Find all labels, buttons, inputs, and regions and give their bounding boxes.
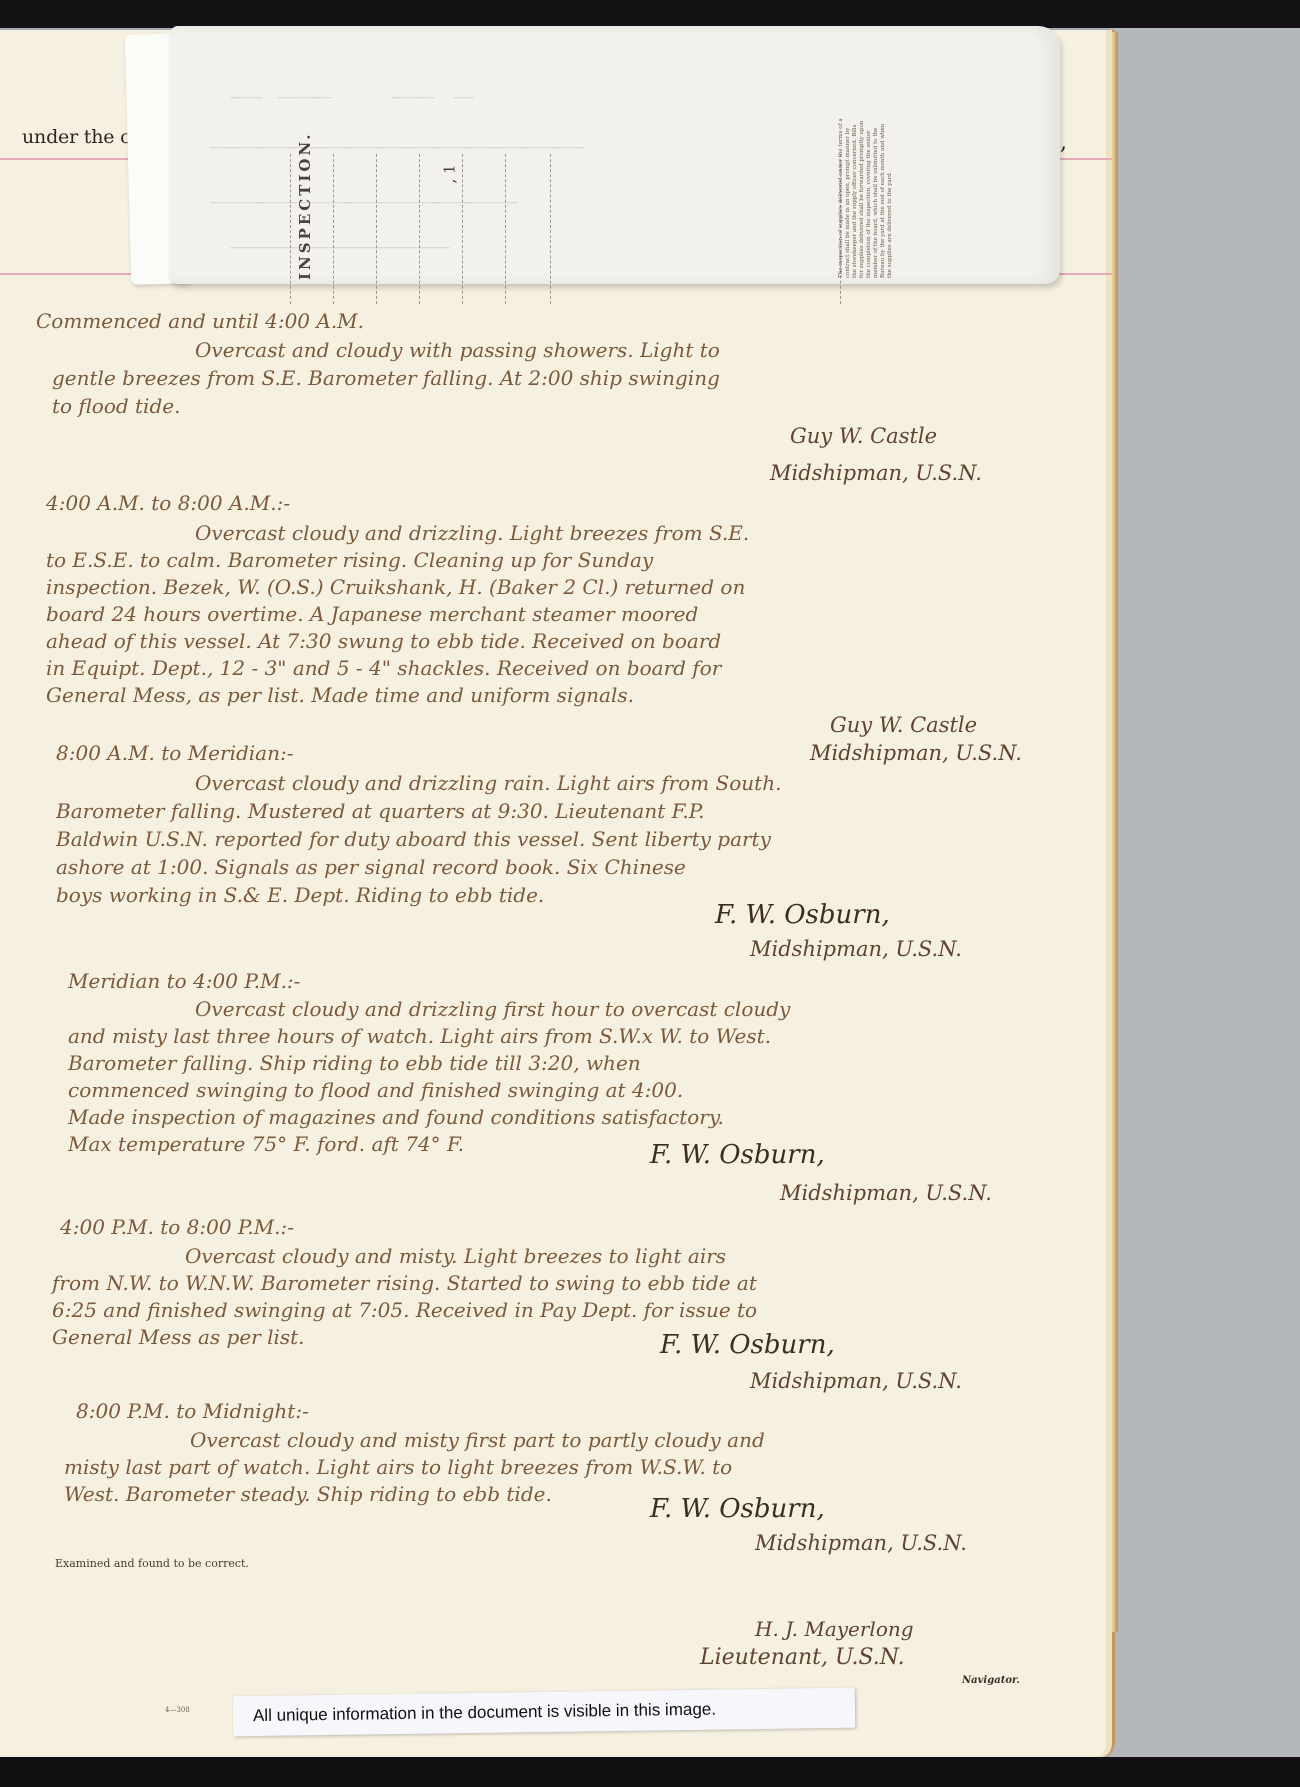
printed-header: under the co xyxy=(22,126,142,148)
entry-line: Overcast and cloudy with passing showers… xyxy=(195,337,720,364)
entry-line: Barometer falling. Mustered at quarters … xyxy=(56,798,705,825)
entry-rank: Midshipman, U.S.N. xyxy=(750,1368,962,1395)
slip-column-line xyxy=(505,154,507,304)
slip-column-line xyxy=(290,154,292,304)
navigator-rank: Lieutenant, U.S.N. xyxy=(700,1644,905,1671)
entry-heading: Meridian to 4:00 P.M.:- xyxy=(68,968,300,995)
entry-line: board 24 hours overtime. A Japanese merc… xyxy=(46,601,698,628)
entry-rank: Midshipman, U.S.N. xyxy=(810,740,1022,767)
entry-line: commenced swinging to flood and finished… xyxy=(68,1077,683,1104)
entry-heading: Commenced and until 4:00 A.M. xyxy=(36,308,364,335)
entry-signature: F. W. Osburn, xyxy=(650,1496,825,1523)
slip-number-mark: , 1 xyxy=(441,164,459,183)
examined-statement: Examined and found to be correct. xyxy=(55,1557,249,1570)
entry-line: General Mess as per list. xyxy=(52,1324,305,1351)
entry-line: to flood tide. xyxy=(52,393,180,420)
entry-line: Overcast cloudy and misty first part to … xyxy=(190,1427,765,1454)
entry-line: General Mess, as per list. Made time and… xyxy=(46,682,634,709)
scan-bottom-border xyxy=(0,1757,1300,1787)
navigator-label: Navigator. xyxy=(962,1675,1020,1686)
entry-rank: Midshipman, U.S.N. xyxy=(780,1180,992,1207)
entry-line: Made inspection of magazines and found c… xyxy=(68,1104,724,1131)
entry-line: from N.W. to W.N.W. Barometer rising. St… xyxy=(52,1270,757,1297)
entry-heading: 4:00 P.M. to 8:00 P.M.:- xyxy=(60,1214,294,1241)
visibility-notice-sticker: All unique information in the document i… xyxy=(233,1688,855,1737)
entry-line: Overcast cloudy and drizzling first hour… xyxy=(195,996,790,1023)
printed-header-comma: , xyxy=(1060,130,1067,155)
entry-line: Overcast cloudy and misty. Light breezes… xyxy=(185,1243,726,1270)
entry-rank: Midshipman, U.S.N. xyxy=(750,936,962,963)
entry-rank: Midshipman, U.S.N. xyxy=(755,1530,967,1557)
entry-line: in Equipt. Dept., 12 - 3" and 5 - 4" sha… xyxy=(46,655,721,682)
entry-signature: F. W. Osburn, xyxy=(660,1332,835,1359)
scan-backdrop xyxy=(1110,28,1300,1757)
page-stack-edge xyxy=(1112,32,1118,1632)
entry-line: Overcast cloudy and drizzling rain. Ligh… xyxy=(195,770,781,797)
slip-title: INSPECTION. xyxy=(296,70,336,280)
entry-line: ashore at 1:00. Signals as per signal re… xyxy=(56,854,686,881)
entry-line: gentle breezes from S.E. Barometer falli… xyxy=(52,365,720,392)
entry-line: to E.S.E. to calm. Barometer rising. Cle… xyxy=(46,547,653,574)
entry-signature: Guy W. Castle xyxy=(830,712,977,739)
entry-signature: F. W. Osburn, xyxy=(715,902,890,929)
entry-line: Overcast cloudy and drizzling. Light bre… xyxy=(195,520,749,547)
entry-line: Barometer falling. Ship riding to ebb ti… xyxy=(68,1050,641,1077)
entry-line: Max temperature 75° F. ford. aft 74° F. xyxy=(68,1131,464,1158)
entry-line: boys working in S.& E. Dept. Riding to e… xyxy=(56,882,544,909)
slip-column-line xyxy=(550,154,552,304)
entry-heading: 4:00 A.M. to 8:00 A.M.:- xyxy=(46,490,290,517)
slip-column-line xyxy=(419,154,421,304)
entry-rank: Midshipman, U.S.N. xyxy=(770,460,982,487)
slip-column-line xyxy=(462,154,464,304)
entry-line: West. Barometer steady. Ship riding to e… xyxy=(64,1481,552,1508)
entry-line: inspection. Bezek, W. (O.S.) Cruikshank,… xyxy=(46,574,745,601)
navigator-signature: H. J. Mayerlong xyxy=(755,1616,914,1643)
scan-top-border xyxy=(0,0,1300,28)
form-number: 4—308 xyxy=(165,1706,190,1714)
entry-line: 6:25 and finished swinging at 7:05. Rece… xyxy=(52,1297,757,1324)
entry-signature: F. W. Osburn, xyxy=(650,1142,825,1169)
slip-column-line xyxy=(376,154,378,304)
entry-line: misty last part of watch. Light airs to … xyxy=(64,1454,732,1481)
log-page: under the co , Commenced and until 4:00 … xyxy=(0,30,1115,1757)
entry-signature: Guy W. Castle xyxy=(790,423,937,450)
slip-fine-print: The inspection of supplies delivered und… xyxy=(838,118,998,278)
entry-line: Baldwin U.S.N. reported for duty aboard … xyxy=(56,826,771,853)
entry-heading: 8:00 P.M. to Midnight:- xyxy=(76,1398,309,1425)
entry-line: ahead of this vessel. At 7:30 swung to e… xyxy=(46,628,721,655)
entry-line: and misty last three hours of watch. Lig… xyxy=(68,1023,771,1050)
entry-heading: 8:00 A.M. to Meridian:- xyxy=(56,740,293,767)
